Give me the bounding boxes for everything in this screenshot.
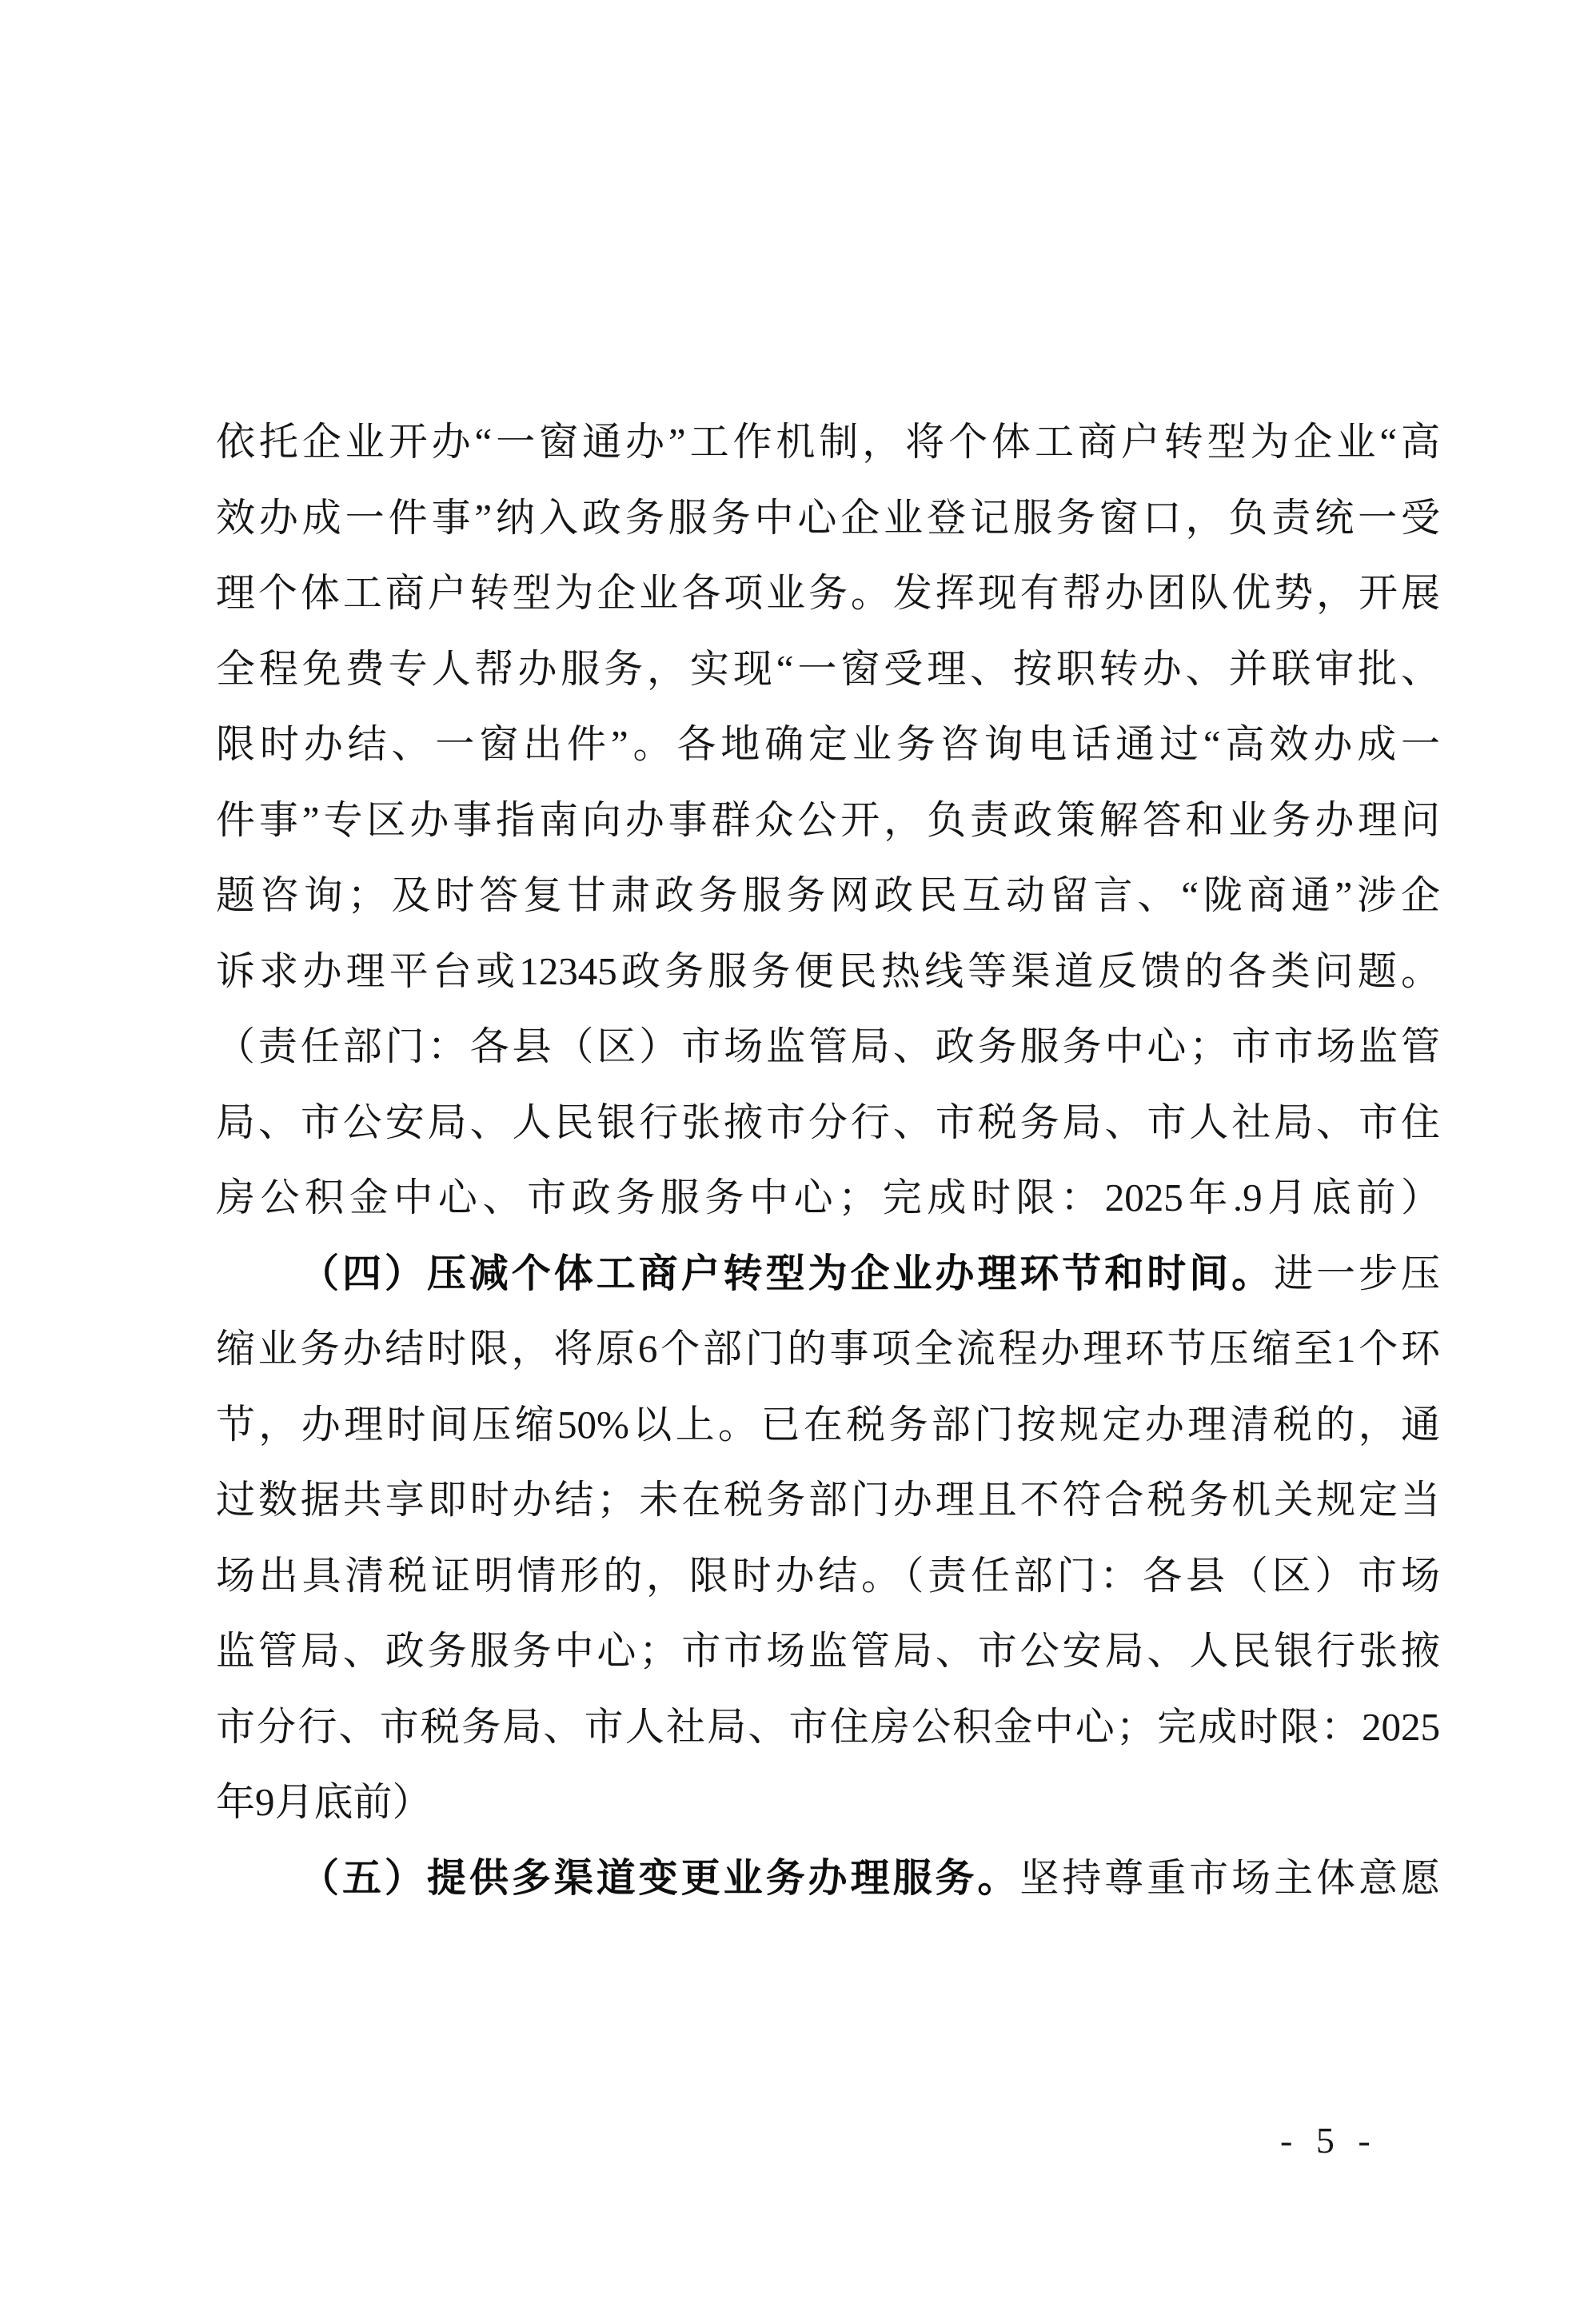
text-line-section-4-heading: （四）压减个体工商户转型为企业办理环节和时间。进一步压 [216, 1236, 1440, 1312]
line-text-segment: 监管局、政务服务中心；市市场监管局、市公安局、人民银行张掖 [216, 1629, 1440, 1673]
text-line: 场出具清税证明情形的，限时办结。（责任部门：各县（区）市场 [216, 1539, 1440, 1615]
text-line: 效办成一件事”纳入政务服务中心企业登记服务窗口，负责统一受 [216, 481, 1440, 557]
text-line: 件事”专区办事指南向办事群众公开，负责政策解答和业务办理问 [216, 783, 1440, 859]
line-text-segment: 市分行、市税务局、市人社局、市住房公积金中心；完成时限：2025 [216, 1705, 1440, 1749]
line-bold-segment: （四）压减个体工商户转型为企业办理环节和时间。 [300, 1251, 1274, 1295]
text-line: 题咨询；及时答复甘肃政务服务网政民互动留言、“陇商通”涉企 [216, 858, 1440, 934]
text-line: 依托企业开办“一窗通办”工作机制，将个体工商户转型为企业“高 [216, 405, 1440, 481]
text-line: 理个体工商户转型为企业各项业务。发挥现有帮办团队优势，开展 [216, 556, 1440, 632]
line-text-segment: 过数据共享即时办结；未在税务部门办理且不符合税务机关规定当 [216, 1478, 1440, 1522]
line-text-segment: 进一步压 [1274, 1251, 1440, 1295]
line-text-segment: 场出具清税证明情形的，限时办结。（责任部门：各县（区）市场 [216, 1554, 1440, 1598]
line-text-segment: 依托企业开办“一窗通办”工作机制，将个体工商户转型为企业“高 [216, 420, 1440, 464]
page-number: - 5 - [1280, 2119, 1378, 2161]
line-text-segment: 诉求办理平台或12345政务服务便民热线等渠道反馈的各类问题。 [216, 949, 1440, 993]
line-text-segment: 全程免费专人帮办服务，实现“一窗受理、按职转办、并联审批、 [216, 647, 1440, 691]
document-page: 依托企业开办“一窗通办”工作机制，将个体工商户转型为企业“高 效办成一件事”纳入… [0, 0, 1596, 2319]
line-text-segment: （责任部门：各县（区）市场监管局、政务服务中心；市市场监管 [216, 1024, 1440, 1068]
text-line: 限时办结、一窗出件”。各地确定业务咨询电话通过“高效办成一 [216, 707, 1440, 783]
line-text-segment: 节，办理时间压缩50%以上。已在税务部门按规定办理清税的，通 [216, 1403, 1440, 1447]
text-line: 监管局、政务服务中心；市市场监管局、市公安局、人民银行张掖 [216, 1614, 1440, 1690]
text-line: 全程免费专人帮办服务，实现“一窗受理、按职转办、并联审批、 [216, 632, 1440, 708]
line-text-segment: 限时办结、一窗出件”。各地确定业务咨询电话通过“高效办成一 [216, 722, 1440, 766]
text-line-section-5-heading: （五）提供多渠道变更业务办理服务。坚持尊重市场主体意愿 [216, 1841, 1440, 1917]
text-line: （责任部门：各县（区）市场监管局、政务服务中心；市市场监管 [216, 1009, 1440, 1085]
line-text-segment: 局、市公安局、人民银行张掖市分行、市税务局、市人社局、市住 [216, 1100, 1440, 1144]
line-text-segment: 坚持尊重市场主体意愿 [1019, 1856, 1440, 1900]
line-text-segment: 缩业务办结时限，将原6个部门的事项全流程办理环节压缩至1个环 [216, 1327, 1440, 1371]
text-line: 缩业务办结时限，将原6个部门的事项全流程办理环节压缩至1个环 [216, 1311, 1440, 1387]
line-bold-segment: （五）提供多渠道变更业务办理服务。 [300, 1856, 1019, 1900]
text-line: 房公积金中心、市政务服务中心；完成时限：2025年.9月底前） [216, 1160, 1440, 1236]
line-text-segment: 理个体工商户转型为企业各项业务。发挥现有帮办团队优势，开展 [216, 571, 1440, 615]
text-line: 年9月底前） [216, 1765, 1440, 1841]
text-line: 节，办理时间压缩50%以上。已在税务部门按规定办理清税的，通 [216, 1387, 1440, 1463]
text-line: 市分行、市税务局、市人社局、市住房公积金中心；完成时限：2025 [216, 1690, 1440, 1766]
line-text-segment: 房公积金中心、市政务服务中心；完成时限：2025年.9月底前） [216, 1175, 1440, 1219]
line-text-segment: 题咨询；及时答复甘肃政务服务网政民互动留言、“陇商通”涉企 [216, 873, 1440, 917]
text-line: 过数据共享即时办结；未在税务部门办理且不符合税务机关规定当 [216, 1463, 1440, 1539]
line-text-segment: 效办成一件事”纳入政务服务中心企业登记服务窗口，负责统一受 [216, 496, 1440, 540]
document-body-text: 依托企业开办“一窗通办”工作机制，将个体工商户转型为企业“高 效办成一件事”纳入… [216, 405, 1440, 1916]
line-text-segment: 件事”专区办事指南向办事群众公开，负责政策解答和业务办理问 [216, 798, 1440, 842]
text-line: 诉求办理平台或12345政务服务便民热线等渠道反馈的各类问题。 [216, 934, 1440, 1010]
text-line: 局、市公安局、人民银行张掖市分行、市税务局、市人社局、市住 [216, 1085, 1440, 1161]
line-text-segment: 年9月底前） [216, 1780, 432, 1824]
